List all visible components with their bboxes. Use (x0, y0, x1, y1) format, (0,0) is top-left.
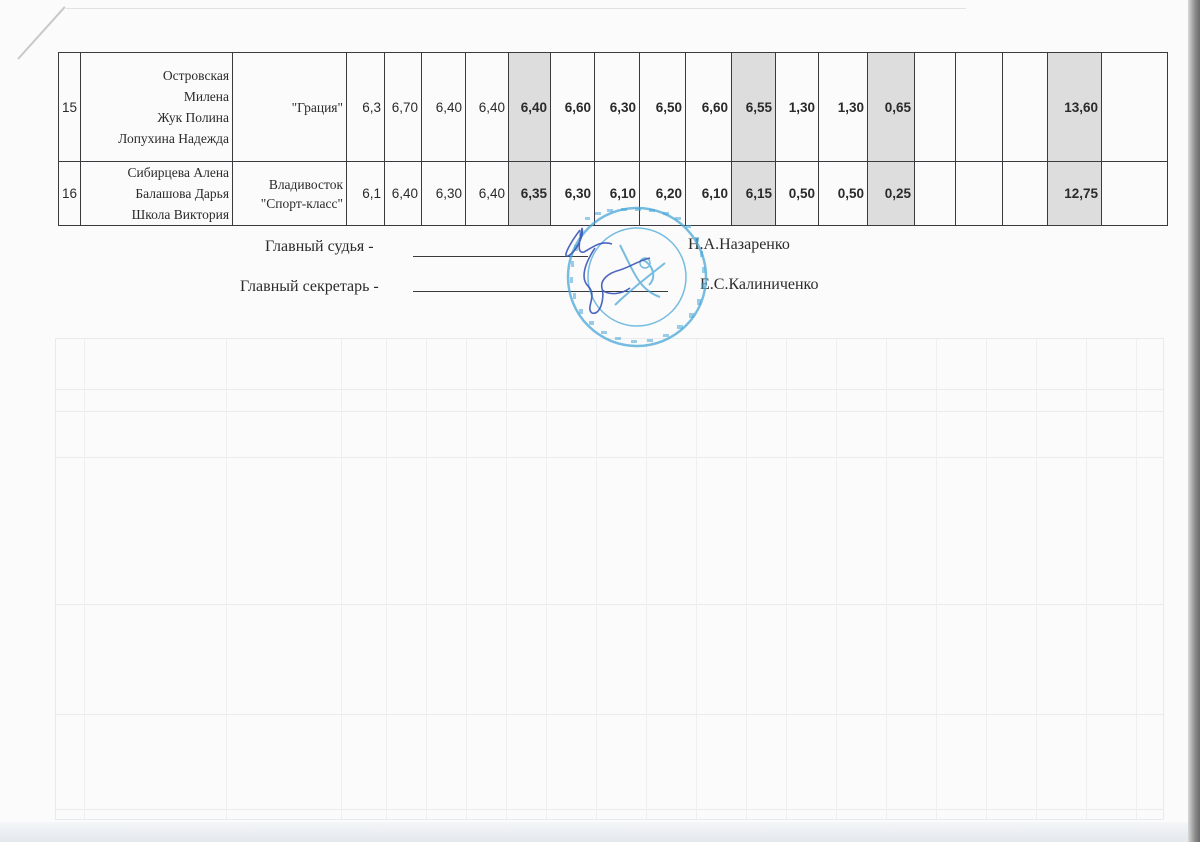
score-cell: 6,70 (385, 53, 422, 162)
score-cell (1102, 53, 1168, 162)
score-cell: 6,3 (347, 53, 385, 162)
score-cell (1102, 162, 1168, 226)
chief-secretary-name: Е.С.Калиниченко (700, 276, 819, 294)
page-fold-shadow (66, 8, 966, 9)
score-cell: 6,60 (686, 53, 732, 162)
place-number: 16 (59, 162, 81, 226)
score-cell (956, 162, 1003, 226)
score-cell: 6,50 (640, 53, 686, 162)
chief-secretary-label: Главный секретарь - (240, 278, 379, 296)
score-cell: 1,30 (776, 53, 819, 162)
score-cell: 0,50 (819, 162, 868, 226)
score-cell (915, 53, 956, 162)
score-cell: 6,15 (732, 162, 776, 226)
score-cell: 0,25 (868, 162, 915, 226)
reverse-side-bleed-through (55, 338, 1164, 820)
score-cell: 6,40 (509, 53, 551, 162)
scan-bottom-edge (0, 822, 1188, 842)
score-cell: 6,30 (422, 162, 466, 226)
chief-judge-label: Главный судья - (265, 238, 374, 256)
score-cell: 13,60 (1048, 53, 1102, 162)
score-cell: 6,35 (509, 162, 551, 226)
score-cell: 1,30 (819, 53, 868, 162)
score-cell: 6,60 (551, 53, 595, 162)
score-cell: 0,65 (868, 53, 915, 162)
club-name: Владивосток"Спорт-класс" (233, 162, 347, 226)
results-table: 15ОстровскаяМиленаЖук ПолинаЛопухина Над… (58, 52, 1168, 226)
athletes-names: Сибирцева АленаБалашова ДарьяШкола Викто… (81, 162, 233, 226)
place-number: 15 (59, 53, 81, 162)
score-cell: 6,40 (385, 162, 422, 226)
score-cell (1003, 53, 1048, 162)
score-cell: 6,40 (466, 53, 509, 162)
table-row: 15ОстровскаяМиленаЖук ПолинаЛопухина Над… (59, 53, 1168, 162)
score-cell: 6,40 (422, 53, 466, 162)
score-cell (956, 53, 1003, 162)
club-name: "Грация" (233, 53, 347, 162)
score-cell: 12,75 (1048, 162, 1102, 226)
athletes-names: ОстровскаяМиленаЖук ПолинаЛопухина Надеж… (81, 53, 233, 162)
scan-right-edge (1188, 0, 1200, 842)
score-cell: 6,30 (595, 53, 640, 162)
score-cell: 6,1 (347, 162, 385, 226)
score-cell (915, 162, 956, 226)
score-cell: 0,50 (776, 162, 819, 226)
score-cell: 6,55 (732, 53, 776, 162)
score-cell: 6,40 (466, 162, 509, 226)
handwritten-signature-icon (540, 218, 680, 328)
score-cell (1003, 162, 1048, 226)
